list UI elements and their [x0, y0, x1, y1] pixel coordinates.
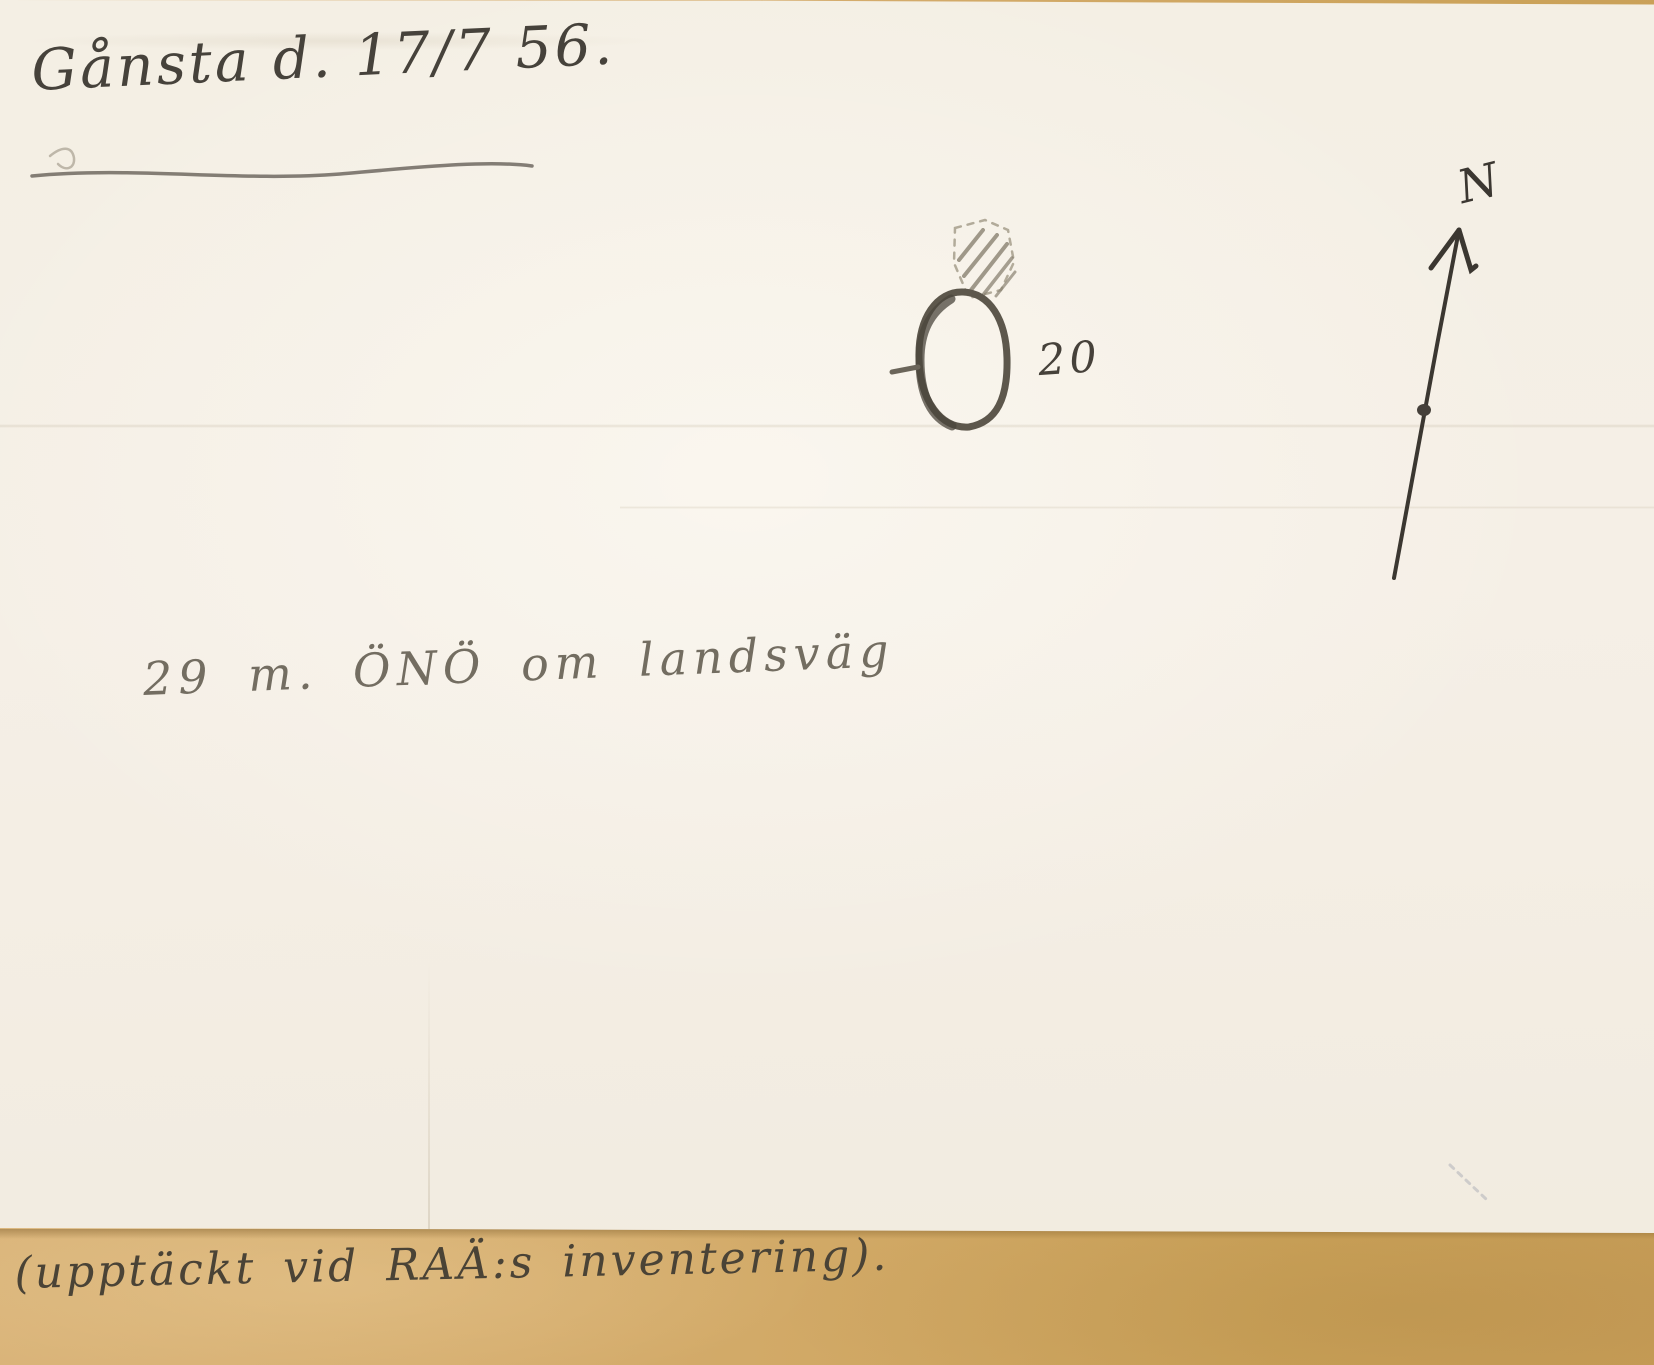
tick-mark — [892, 367, 918, 372]
north-arrow-icon — [1380, 160, 1520, 600]
stone-sketch — [850, 200, 1170, 500]
scanned-note-page: Gånsta d. 17/7 56. 20 N 29 m. ÖNÖ o — [0, 0, 1654, 1365]
title-underline — [20, 142, 560, 202]
hatched-area — [954, 220, 1015, 298]
stray-mark — [1440, 1155, 1510, 1215]
paper-crease-vertical — [428, 960, 430, 1230]
sketch-measurement-label: 20 — [1036, 332, 1102, 386]
